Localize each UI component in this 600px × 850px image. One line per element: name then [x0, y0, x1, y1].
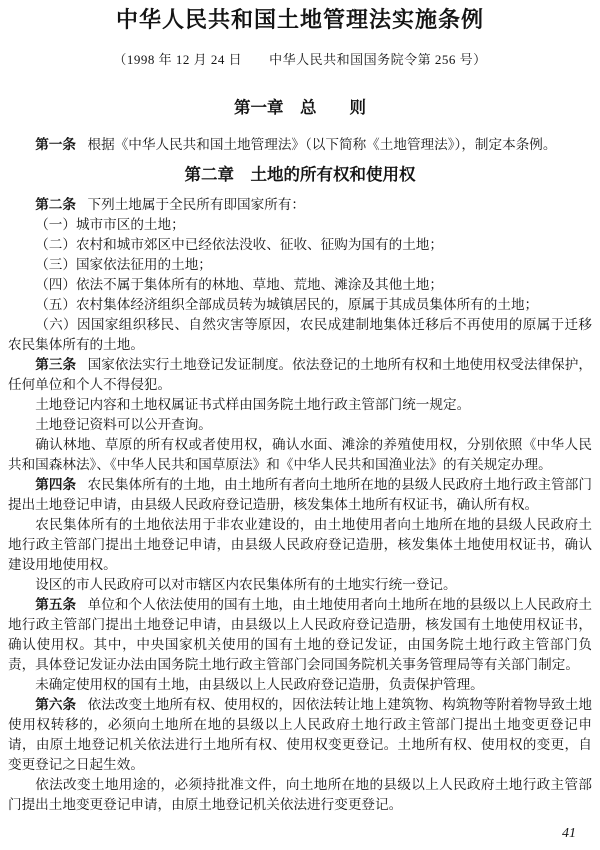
page-number: 41 — [562, 826, 576, 842]
article-6-lead: 第六条依法改变土地所有权、使用权的，因依法转让地上建筑物、构筑物等附着物导致土地… — [8, 695, 592, 775]
article-1-text: 根据《中华人民共和国土地管理法》（以下简称《土地管理法》），制定本条例。 — [88, 137, 557, 152]
article-2-item-2: （二）农村和城市郊区中已经依法没收、征收、征购为国有的土地； — [8, 235, 592, 255]
article-2-intro: 下列土地属于全民所有即国家所有： — [88, 197, 306, 212]
article-2-lead: 第二条下列土地属于全民所有即国家所有： — [8, 195, 592, 215]
document-page: 中华人民共和国土地管理法实施条例 （1998 年 12 月 24 日 中华人民共… — [0, 0, 600, 850]
article-3-label: 第三条 — [35, 357, 76, 372]
article-3-lead: 第三条国家依法实行土地登记发证制度。依法登记的土地所有权和土地使用权受法律保护，… — [8, 355, 592, 395]
chapter-1-heading: 第一章 总 则 — [8, 97, 592, 119]
chapter-2-heading: 第二章 土地的所有权和使用权 — [8, 164, 592, 186]
article-4-para-3: 设区的市人民政府可以对市辖区内农民集体所有的土地实行统一登记。 — [8, 575, 592, 595]
article-4-lead: 第四条农民集体所有的土地，由土地所有者向土地所在地的县级人民政府土地行政主管部门… — [8, 475, 592, 515]
article-5-label: 第五条 — [35, 597, 76, 612]
article-3-para-2: 土地登记内容和土地权属证书式样由国务院土地行政主管部门统一规定。 — [8, 395, 592, 415]
article-2-item-3: （三）国家依法征用的土地； — [8, 255, 592, 275]
article-2-item-5: （五）农村集体经济组织全部成员转为城镇居民的，原属于其成员集体所有的土地； — [8, 295, 592, 315]
article-4-label: 第四条 — [35, 477, 76, 492]
article-3-text: 国家依法实行土地登记发证制度。依法登记的土地所有权和土地使用权受法律保护，任何单… — [8, 357, 592, 392]
article-2-label: 第二条 — [35, 197, 76, 212]
doc-title: 中华人民共和国土地管理法实施条例 — [8, 4, 592, 34]
article-1: 第一条根据《中华人民共和国土地管理法》（以下简称《土地管理法》），制定本条例。 — [8, 135, 592, 155]
article-2-item-1: （一）城市市区的土地； — [8, 215, 592, 235]
article-3-para-3: 土地登记资料可以公开查询。 — [8, 415, 592, 435]
article-5-lead: 第五条单位和个人依法使用的国有土地，由土地使用者向土地所在地的县级以上人民政府土… — [8, 595, 592, 675]
article-6-label: 第六条 — [35, 697, 76, 712]
article-1-label: 第一条 — [35, 137, 76, 152]
article-4-text: 农民集体所有的土地，由土地所有者向土地所在地的县级人民政府土地行政主管部门提出土… — [8, 477, 592, 512]
article-3-para-4: 确认林地、草原的所有权或者使用权，确认水面、滩涂的养殖使用权，分别依照《中华人民… — [8, 435, 592, 475]
article-2-item-6: （六）因国家组织移民、自然灾害等原因，农民成建制地集体迁移后不再使用的原属于迁移… — [8, 315, 592, 355]
article-6-para-2: 依法改变土地用途的，必须持批准文件，向土地所在地的县级以上人民政府土地行政主管部… — [8, 775, 592, 815]
article-4-para-2: 农民集体所有的土地依法用于非农业建设的，由土地使用者向土地所在地的县级人民政府土… — [8, 515, 592, 575]
doc-subtitle: （1998 年 12 月 24 日 中华人民共和国国务院令第 256 号） — [8, 51, 592, 69]
article-5-para-2: 未确定使用权的国有土地，由县级以上人民政府登记造册，负责保护管理。 — [8, 675, 592, 695]
article-5-text: 单位和个人依法使用的国有土地，由土地使用者向土地所在地的县级以上人民政府土地行政… — [8, 597, 592, 672]
article-2-item-4: （四）依法不属于集体所有的林地、草地、荒地、滩涂及其他土地； — [8, 275, 592, 295]
article-6-text: 依法改变土地所有权、使用权的，因依法转让地上建筑物、构筑物等附着物导致土地使用权… — [8, 697, 592, 772]
